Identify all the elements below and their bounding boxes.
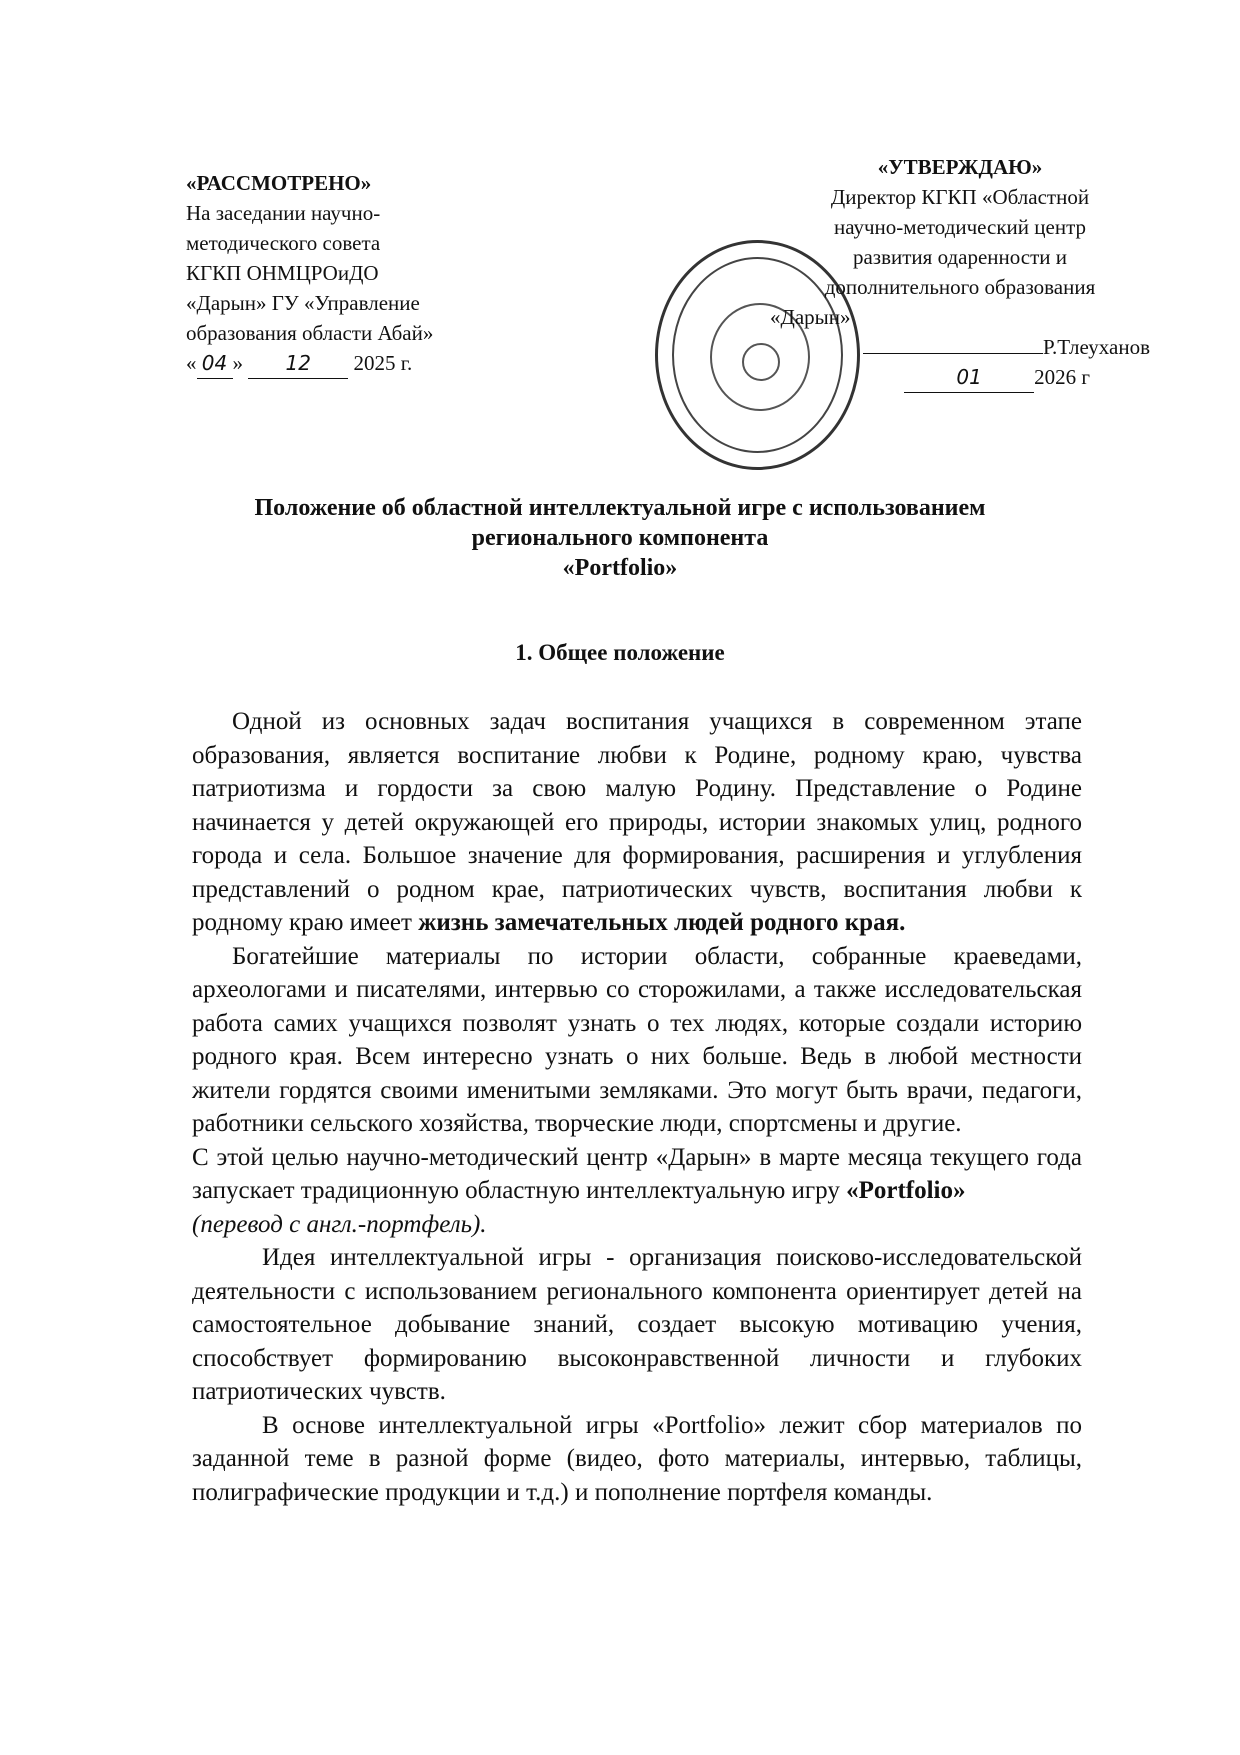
- paragraph-3: С этой целью научно-методический центр «…: [192, 1141, 1082, 1242]
- signature-line: Р.Тлеуханов: [760, 332, 1160, 362]
- paragraph-2: Богатейшие материалы по истории области,…: [192, 940, 1082, 1141]
- approved-date: 012026 г: [760, 362, 1160, 393]
- section-1-title: 1. Общее положение: [150, 640, 1090, 666]
- considered-date: «04» 12 2025 г.: [186, 348, 516, 379]
- considered-line: методического совета: [186, 228, 516, 258]
- considered-line: На заседании научно-: [186, 198, 516, 228]
- considered-title: «РАССМОТРЕНО»: [186, 168, 516, 198]
- date-month-handwritten: 12: [248, 348, 348, 379]
- considered-line: образования области Абай»: [186, 318, 516, 348]
- approved-line: Директор КГКП «Областной: [760, 182, 1160, 212]
- approved-line: развития одаренности и: [760, 242, 1160, 272]
- signature-field: [863, 353, 1043, 354]
- date-year: 2025 г.: [354, 351, 413, 375]
- signatory-name: Р.Тлеуханов: [1043, 335, 1150, 359]
- paragraph-1: Одной из основных задач воспитания учащи…: [192, 705, 1082, 940]
- document-title: Положение об областной интеллектуальной …: [150, 493, 1090, 583]
- date-day-handwritten: 04: [197, 348, 233, 379]
- paragraph-5: В основе интеллектуальной игры «Portfoli…: [192, 1409, 1082, 1510]
- document-page: «РАССМОТРЕНО» На заседании научно- метод…: [0, 0, 1240, 1755]
- approved-line: «Дарын»: [760, 302, 1160, 332]
- approval-approved-block: «УТВЕРЖДАЮ» Директор КГКП «Областной нау…: [760, 152, 1160, 393]
- paragraph-4: Идея интеллектуальной игры - организация…: [192, 1241, 1082, 1409]
- considered-line: КГКП ОНМЦРОиДО: [186, 258, 516, 288]
- approved-date-day: 01: [904, 362, 1034, 393]
- document-body: Одной из основных задач воспитания учащи…: [192, 705, 1082, 1509]
- considered-line: «Дарын» ГУ «Управление: [186, 288, 516, 318]
- approved-line: научно-методический центр: [760, 212, 1160, 242]
- approved-title: «УТВЕРЖДАЮ»: [760, 152, 1160, 182]
- approval-considered-block: «РАССМОТРЕНО» На заседании научно- метод…: [186, 168, 516, 379]
- approved-date-year: 2026 г: [1034, 365, 1090, 389]
- approved-line: дополнительного образования: [760, 272, 1160, 302]
